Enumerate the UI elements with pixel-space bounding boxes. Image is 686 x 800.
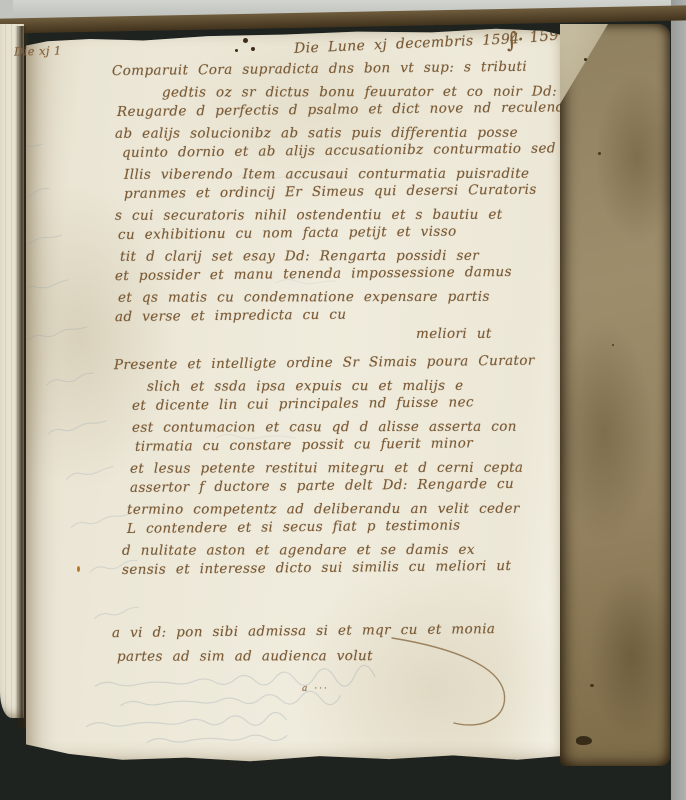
manuscript-page: Die Lune xj decembris 1594 ∫· 159 Compar… (26, 28, 560, 762)
parchment-speck (584, 58, 587, 61)
manuscript-line: a vi d: pon sibi admissa si et mqr cu et… (26, 620, 560, 649)
manuscript-line: Comparuit Cora supradicta dns bon vt sup… (26, 58, 560, 84)
parchment-speck (598, 152, 601, 155)
parchment-fold-corner (560, 24, 608, 104)
manuscript-line: pranmes et ordincij Er Simeus qui desers… (26, 181, 560, 207)
manuscript-line: meliori ut (26, 325, 560, 347)
scanner-background-right (671, 0, 686, 800)
manuscript-line: tirmatia cu constare possit cu fuerit mi… (26, 434, 560, 460)
ink-blot (243, 38, 248, 43)
parchment-cover (560, 24, 670, 766)
folio-digits: 159 (529, 25, 561, 46)
manuscript-line: partes ad sim ad audienca volut (26, 648, 560, 672)
ink-blot (235, 49, 238, 52)
parchment-speck (612, 344, 614, 346)
ink-blot (251, 47, 255, 51)
paragraph-2: Presente et intelligte ordine Sr Simais … (26, 358, 560, 584)
manuscript-line: cu exhibitionu cu nom facta petijt et vi… (26, 222, 560, 248)
manuscript-line: Presente et intelligte ordine Sr Simais … (26, 352, 560, 378)
manuscript-photo: Die Lune xj decembris 1594 ∫· 159 Compar… (0, 0, 686, 800)
folio-flourish: ∫· (505, 27, 526, 53)
parchment-speck (590, 684, 594, 687)
parchment-tear (576, 736, 592, 745)
manuscript-line: et dicente lin cui principales nd fuisse… (26, 393, 560, 419)
margin-note: Die xj 1 (14, 43, 62, 58)
manuscript-line: quinto dornio et ab alijs accusationibz … (26, 140, 560, 166)
paragraph-3: a vi d: pon sibi admissa si et mqr cu et… (26, 626, 560, 672)
manuscript-line: et possider et manu tenenda impossession… (26, 263, 560, 289)
manuscript-line: L contendere et si secus fiat p testimon… (26, 516, 560, 542)
folio-number: ∫· 159 (505, 23, 561, 52)
manuscript-line: sensis et interesse dicto sui similis cu… (26, 557, 560, 583)
manuscript-line: Reugarde d perfectis d psalmo et dict no… (26, 99, 560, 125)
footnote-mark: a ··· (302, 684, 329, 694)
manuscript-line: assertor f ductore s parte delt Dd: Reng… (26, 475, 560, 501)
paragraph-1: Comparuit Cora supradicta dns bon vt sup… (26, 64, 560, 347)
header-date: Die Lune xj decembris 1594 (294, 31, 520, 57)
